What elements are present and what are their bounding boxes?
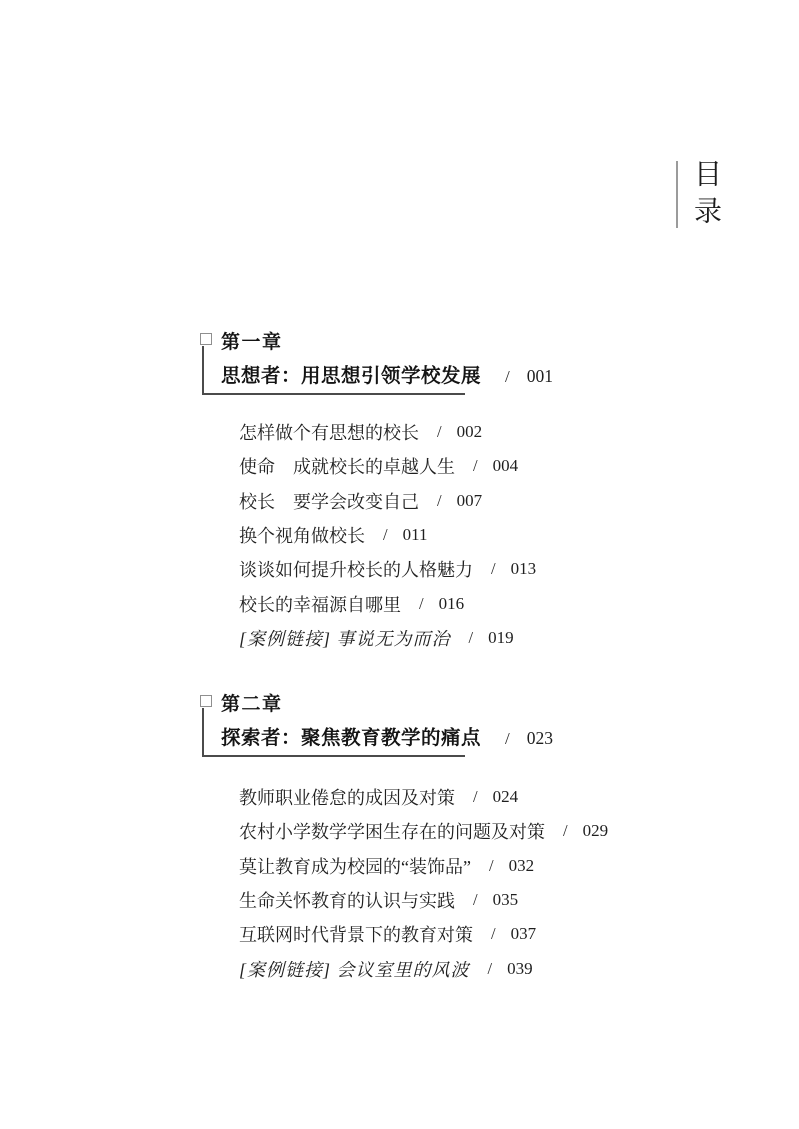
toc-item: 农村小学数学学困生存在的问题及对策 / 029 [239, 814, 608, 848]
separator-slash: / [437, 491, 442, 511]
toc-item-title: 怎样做个有思想的校长 [239, 419, 419, 445]
toc-item-page: 035 [493, 890, 519, 910]
toc-item-case-link: [案例链接] 事说无为而治 / 019 [239, 621, 536, 655]
chapter-page-number: 001 [527, 366, 553, 386]
toc-item-title: 教师职业倦怠的成因及对策 [239, 784, 455, 810]
toc-item-title: 校长的幸福源自哪里 [239, 591, 401, 617]
toc-item-title: 生命关怀教育的认识与实践 [239, 887, 455, 913]
separator-slash: / [473, 456, 478, 476]
toc-item-page: 004 [493, 456, 519, 476]
chapter-bullet-icon [200, 333, 212, 345]
chapter-bullet-icon [200, 695, 212, 707]
toc-item-case-link: [案例链接] 会议室里的风波 / 039 [239, 951, 608, 985]
toc-item-title: 莫让教育成为校园的“装饰品” [239, 853, 471, 879]
toc-item-page: 037 [511, 924, 537, 944]
toc-item-page: 039 [507, 959, 533, 979]
toc-item-title: 谈谈如何提升校长的人格魅力 [239, 556, 473, 582]
chapter-title-row: 思想者：用思想引领学校发展 / 001 [221, 360, 553, 388]
chapter-page-number: 023 [527, 728, 553, 748]
toc-page: 目录 第一章 思想者：用思想引领学校发展 / 001 怎样做个有思想的校长 / … [0, 0, 799, 1129]
toc-item-page: 024 [493, 787, 519, 807]
chapter-title: 思想者：用思想引领学校发展 [221, 366, 481, 387]
separator-slash: / [491, 924, 496, 944]
toc-item: 怎样做个有思想的校长 / 002 [239, 415, 536, 449]
separator-slash: / [505, 729, 510, 748]
toc-item: 莫让教育成为校园的“装饰品” / 032 [239, 849, 608, 883]
toc-item: 校长 要学会改变自己 / 007 [239, 484, 536, 518]
toc-item: 互联网时代背景下的教育对策 / 037 [239, 917, 608, 951]
toc-item-page: 032 [509, 856, 535, 876]
toc-item: 校长的幸福源自哪里 / 016 [239, 586, 536, 620]
toc-item-title: 使命 成就校长的卓越人生 [239, 453, 455, 479]
separator-slash: / [491, 559, 496, 579]
toc-item: 生命关怀教育的认识与实践 / 035 [239, 883, 608, 917]
toc-item-page: 002 [457, 422, 483, 442]
toc-item: 谈谈如何提升校长的人格魅力 / 013 [239, 552, 536, 586]
toc-item: 使命 成就校长的卓越人生 / 004 [239, 449, 536, 483]
toc-item-page: 013 [511, 559, 537, 579]
toc-item-title: 互联网时代背景下的教育对策 [239, 921, 473, 947]
toc-item-title: 换个视角做校长 [239, 522, 365, 548]
toc-item-page: 019 [488, 628, 514, 648]
toc-item-title: 校长 要学会改变自己 [239, 488, 419, 514]
page-title-vertical: 目录 [691, 159, 719, 233]
separator-slash: / [419, 594, 424, 614]
separator-slash: / [383, 525, 388, 545]
toc-item-page: 029 [583, 821, 609, 841]
toc-item: 换个视角做校长 / 011 [239, 518, 536, 552]
chapter-item-list: 怎样做个有思想的校长 / 002 使命 成就校长的卓越人生 / 004 校长 要… [239, 415, 536, 655]
separator-slash: / [489, 856, 494, 876]
header-rule [676, 161, 678, 228]
toc-item: 教师职业倦怠的成因及对策 / 024 [239, 780, 608, 814]
toc-item-page: 007 [457, 491, 483, 511]
separator-slash: / [505, 367, 510, 386]
toc-item-title: [案例链接] 会议室里的风波 [239, 956, 470, 982]
toc-item-title: 农村小学数学学困生存在的问题及对策 [239, 818, 545, 844]
page-header: 目录 [676, 159, 719, 233]
separator-slash: / [469, 628, 474, 648]
chapter-title-row: 探索者：聚焦教育教学的痛点 / 023 [221, 722, 553, 750]
toc-item-title: [案例链接] 事说无为而治 [239, 625, 451, 651]
separator-slash: / [563, 821, 568, 841]
chapter-title: 探索者：聚焦教育教学的痛点 [221, 728, 481, 749]
separator-slash: / [437, 422, 442, 442]
chapter-item-list: 教师职业倦怠的成因及对策 / 024 农村小学数学学困生存在的问题及对策 / 0… [239, 780, 608, 986]
toc-item-page: 011 [403, 525, 428, 545]
toc-item-page: 016 [439, 594, 465, 614]
separator-slash: / [488, 959, 493, 979]
separator-slash: / [473, 787, 478, 807]
separator-slash: / [473, 890, 478, 910]
